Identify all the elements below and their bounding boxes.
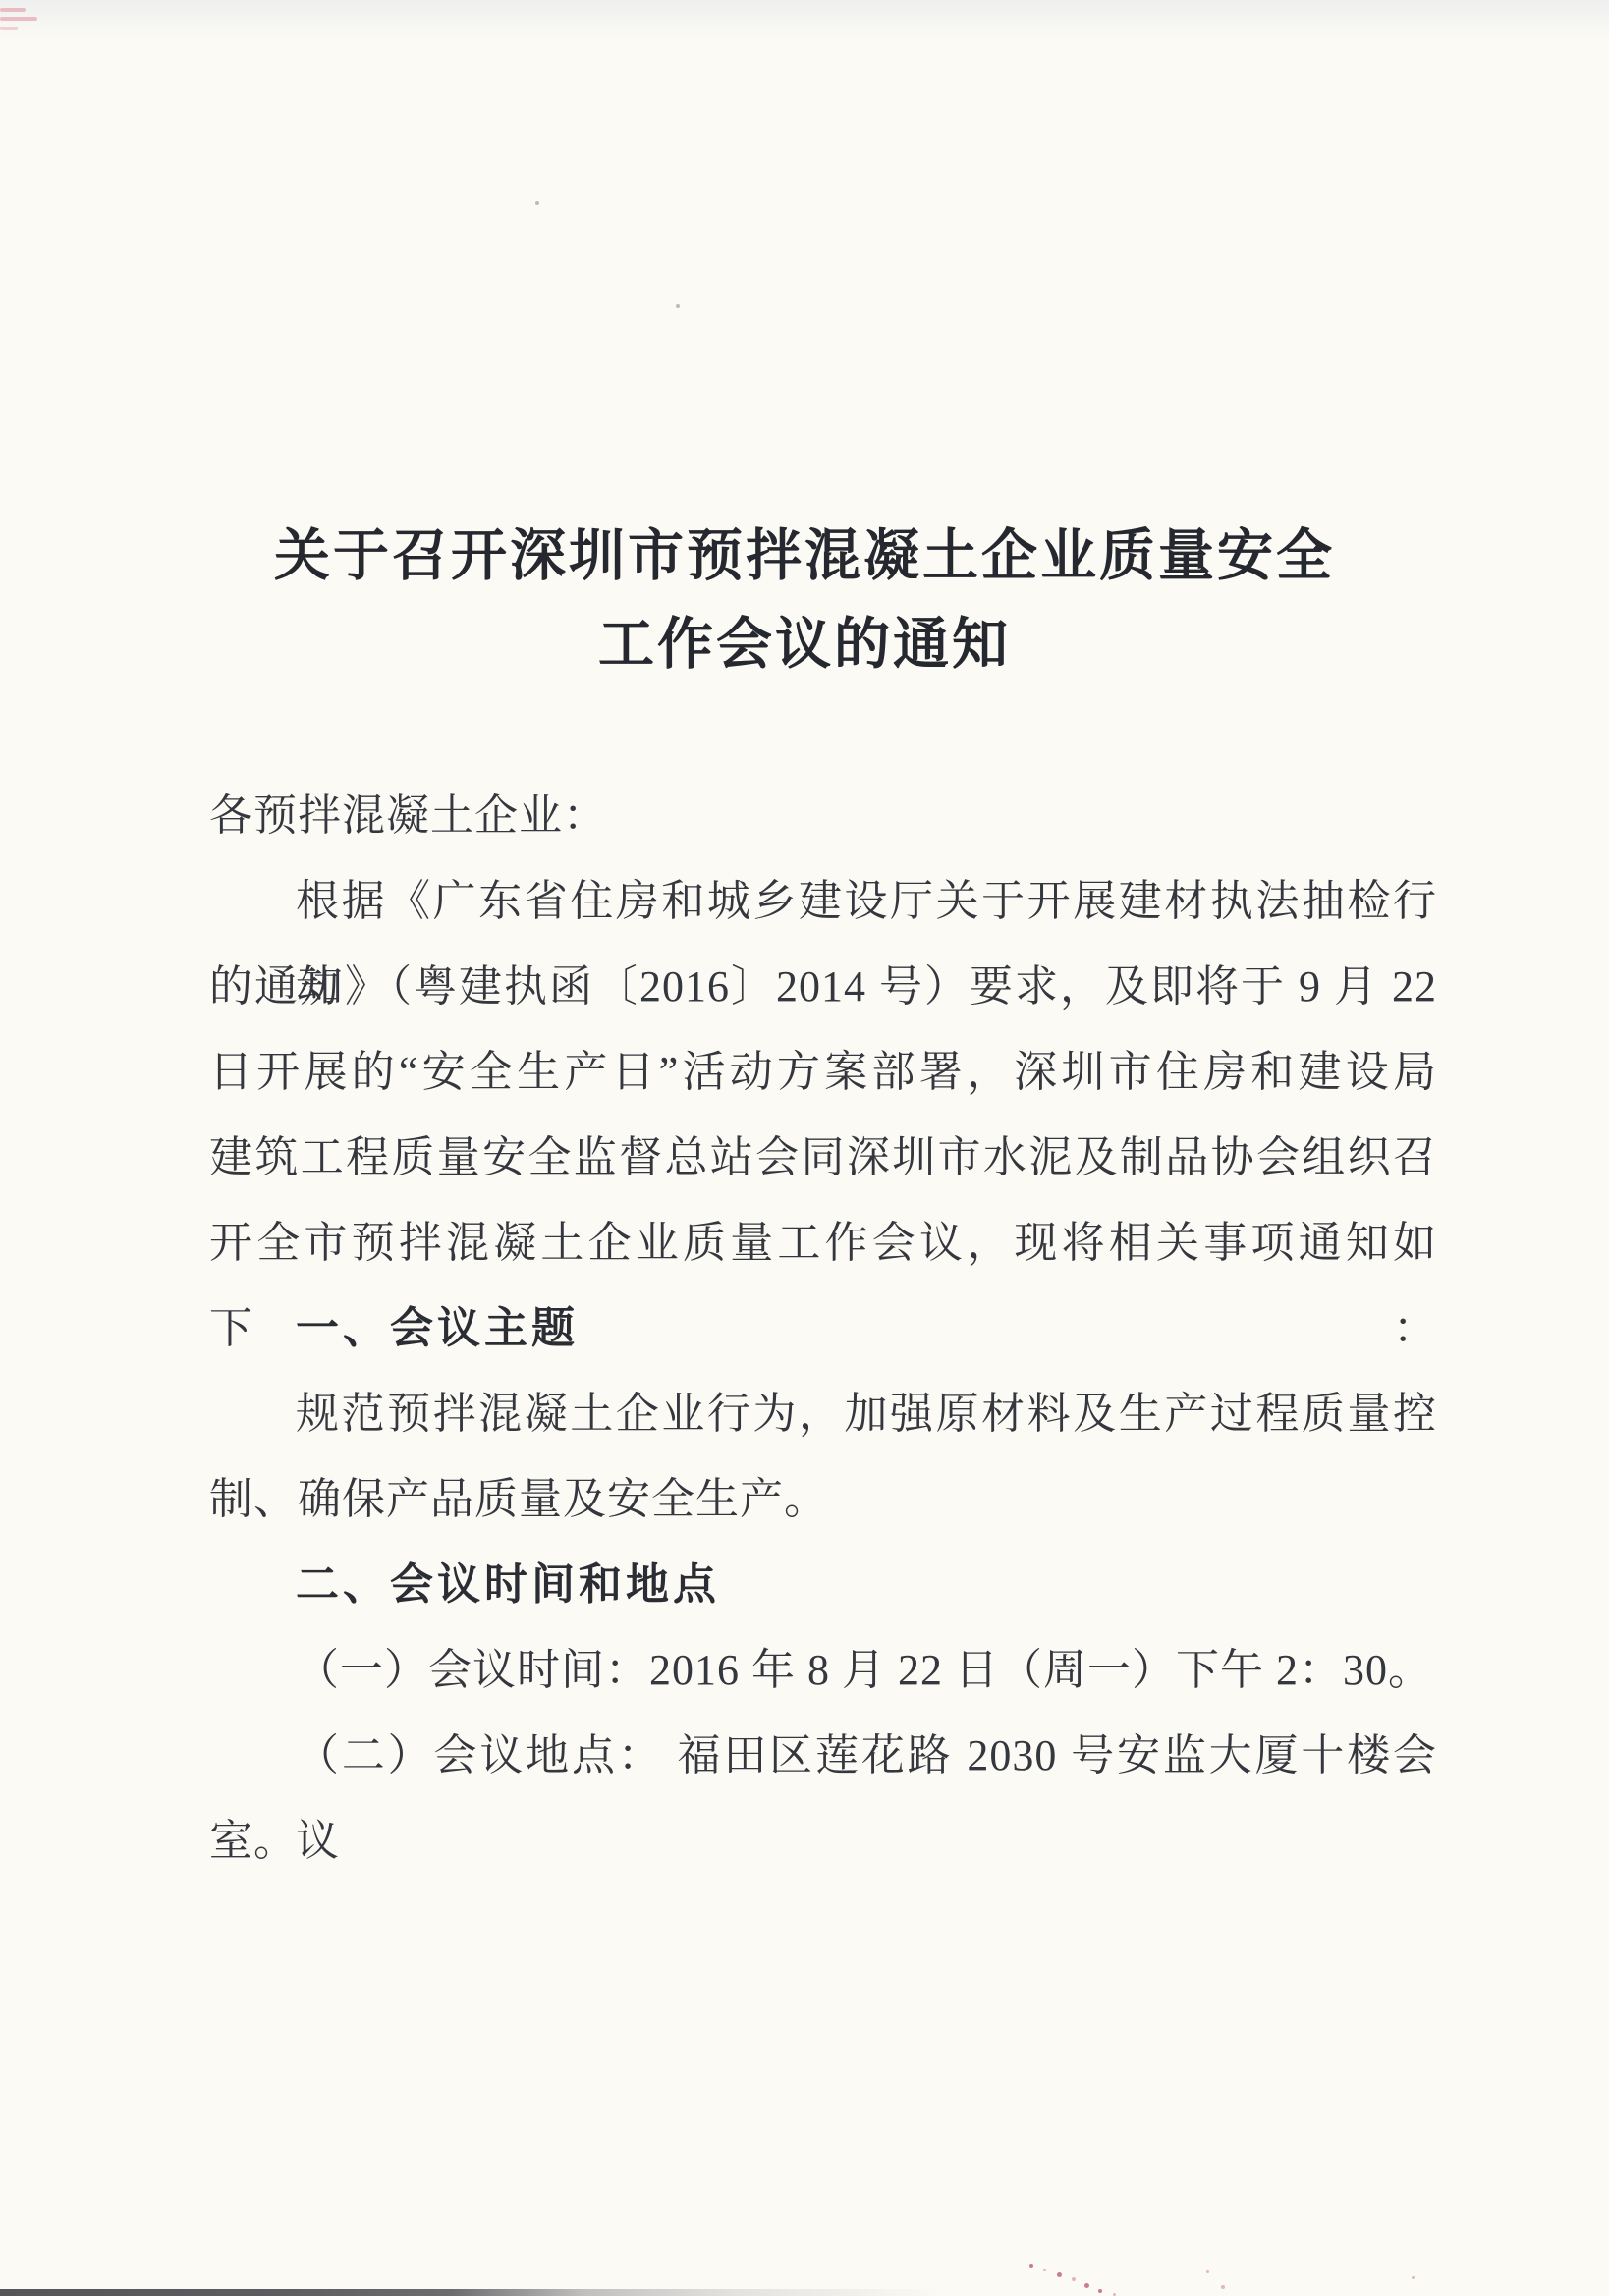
body-line: 开全市预拌混凝土企业质量工作会议，现将相关事项通知如下： <box>209 1200 1437 1285</box>
body-line: 规范预拌混凝土企业行为，加强原材料及生产过程质量控 <box>209 1371 1437 1456</box>
body-line: （一）会议时间：2016 年 8 月 22 日（周一）下午 2：30。 <box>209 1627 1437 1713</box>
body-line: 日开展的“安全生产日”活动方案部署，深圳市住房和建设局 <box>209 1029 1437 1115</box>
scan-artifact-speck <box>1057 2272 1062 2277</box>
section-heading-2: 二、会议时间和地点 <box>209 1542 1437 1627</box>
scan-artifact-speck <box>1098 2289 1102 2293</box>
body-line: 室。 <box>209 1798 1437 1884</box>
document-body: 各预拌混凝土企业： 根据《广东省住房和城乡建设厅关于开展建材执法抽检行动 的通知… <box>209 773 1437 1884</box>
scan-artifact-dot <box>535 201 539 205</box>
scan-artifact-speck <box>1206 2270 1209 2273</box>
scan-artifact-dot <box>676 304 680 308</box>
body-line: （二）会议地点： 福田区莲花路 2030 号安监大厦十楼会议 <box>209 1713 1437 1798</box>
scan-artifact-top-shade <box>0 0 1609 41</box>
scan-artifact-speck <box>1072 2277 1076 2281</box>
scan-artifact-red-dash <box>0 17 37 21</box>
document-title: 关于召开深圳市预拌混凝土企业质量安全 工作会议的通知 <box>0 513 1609 689</box>
title-line-2: 工作会议的通知 <box>0 601 1609 689</box>
body-line: 建筑工程质量安全监督总站会同深圳市水泥及制品协会组织召 <box>209 1115 1437 1200</box>
title-line-1: 关于召开深圳市预拌混凝土企业质量安全 <box>0 513 1609 601</box>
scan-artifact-red-dash <box>0 27 18 30</box>
scan-artifact-speck <box>1029 2264 1033 2268</box>
scan-artifact-speck <box>1084 2283 1089 2288</box>
salutation-line: 各预拌混凝土企业： <box>209 773 1437 858</box>
scan-artifact-speck <box>1412 2276 1415 2279</box>
scan-artifact-red-dash <box>0 8 26 12</box>
scan-artifact-speck <box>1043 2269 1046 2271</box>
scan-artifact-speck <box>1221 2285 1225 2289</box>
body-line: 的通知》（粤建执函〔2016〕2014 号）要求，及即将于 9 月 22 <box>209 944 1437 1029</box>
scanned-document-page: 关于召开深圳市预拌混凝土企业质量安全 工作会议的通知 各预拌混凝土企业： 根据《… <box>0 0 1609 2296</box>
body-line: 根据《广东省住房和城乡建设厅关于开展建材执法抽检行动 <box>209 858 1437 944</box>
scan-artifact-bottom-edge-line <box>0 2289 943 2296</box>
body-line: 制、确保产品质量及安全生产。 <box>209 1456 1437 1542</box>
